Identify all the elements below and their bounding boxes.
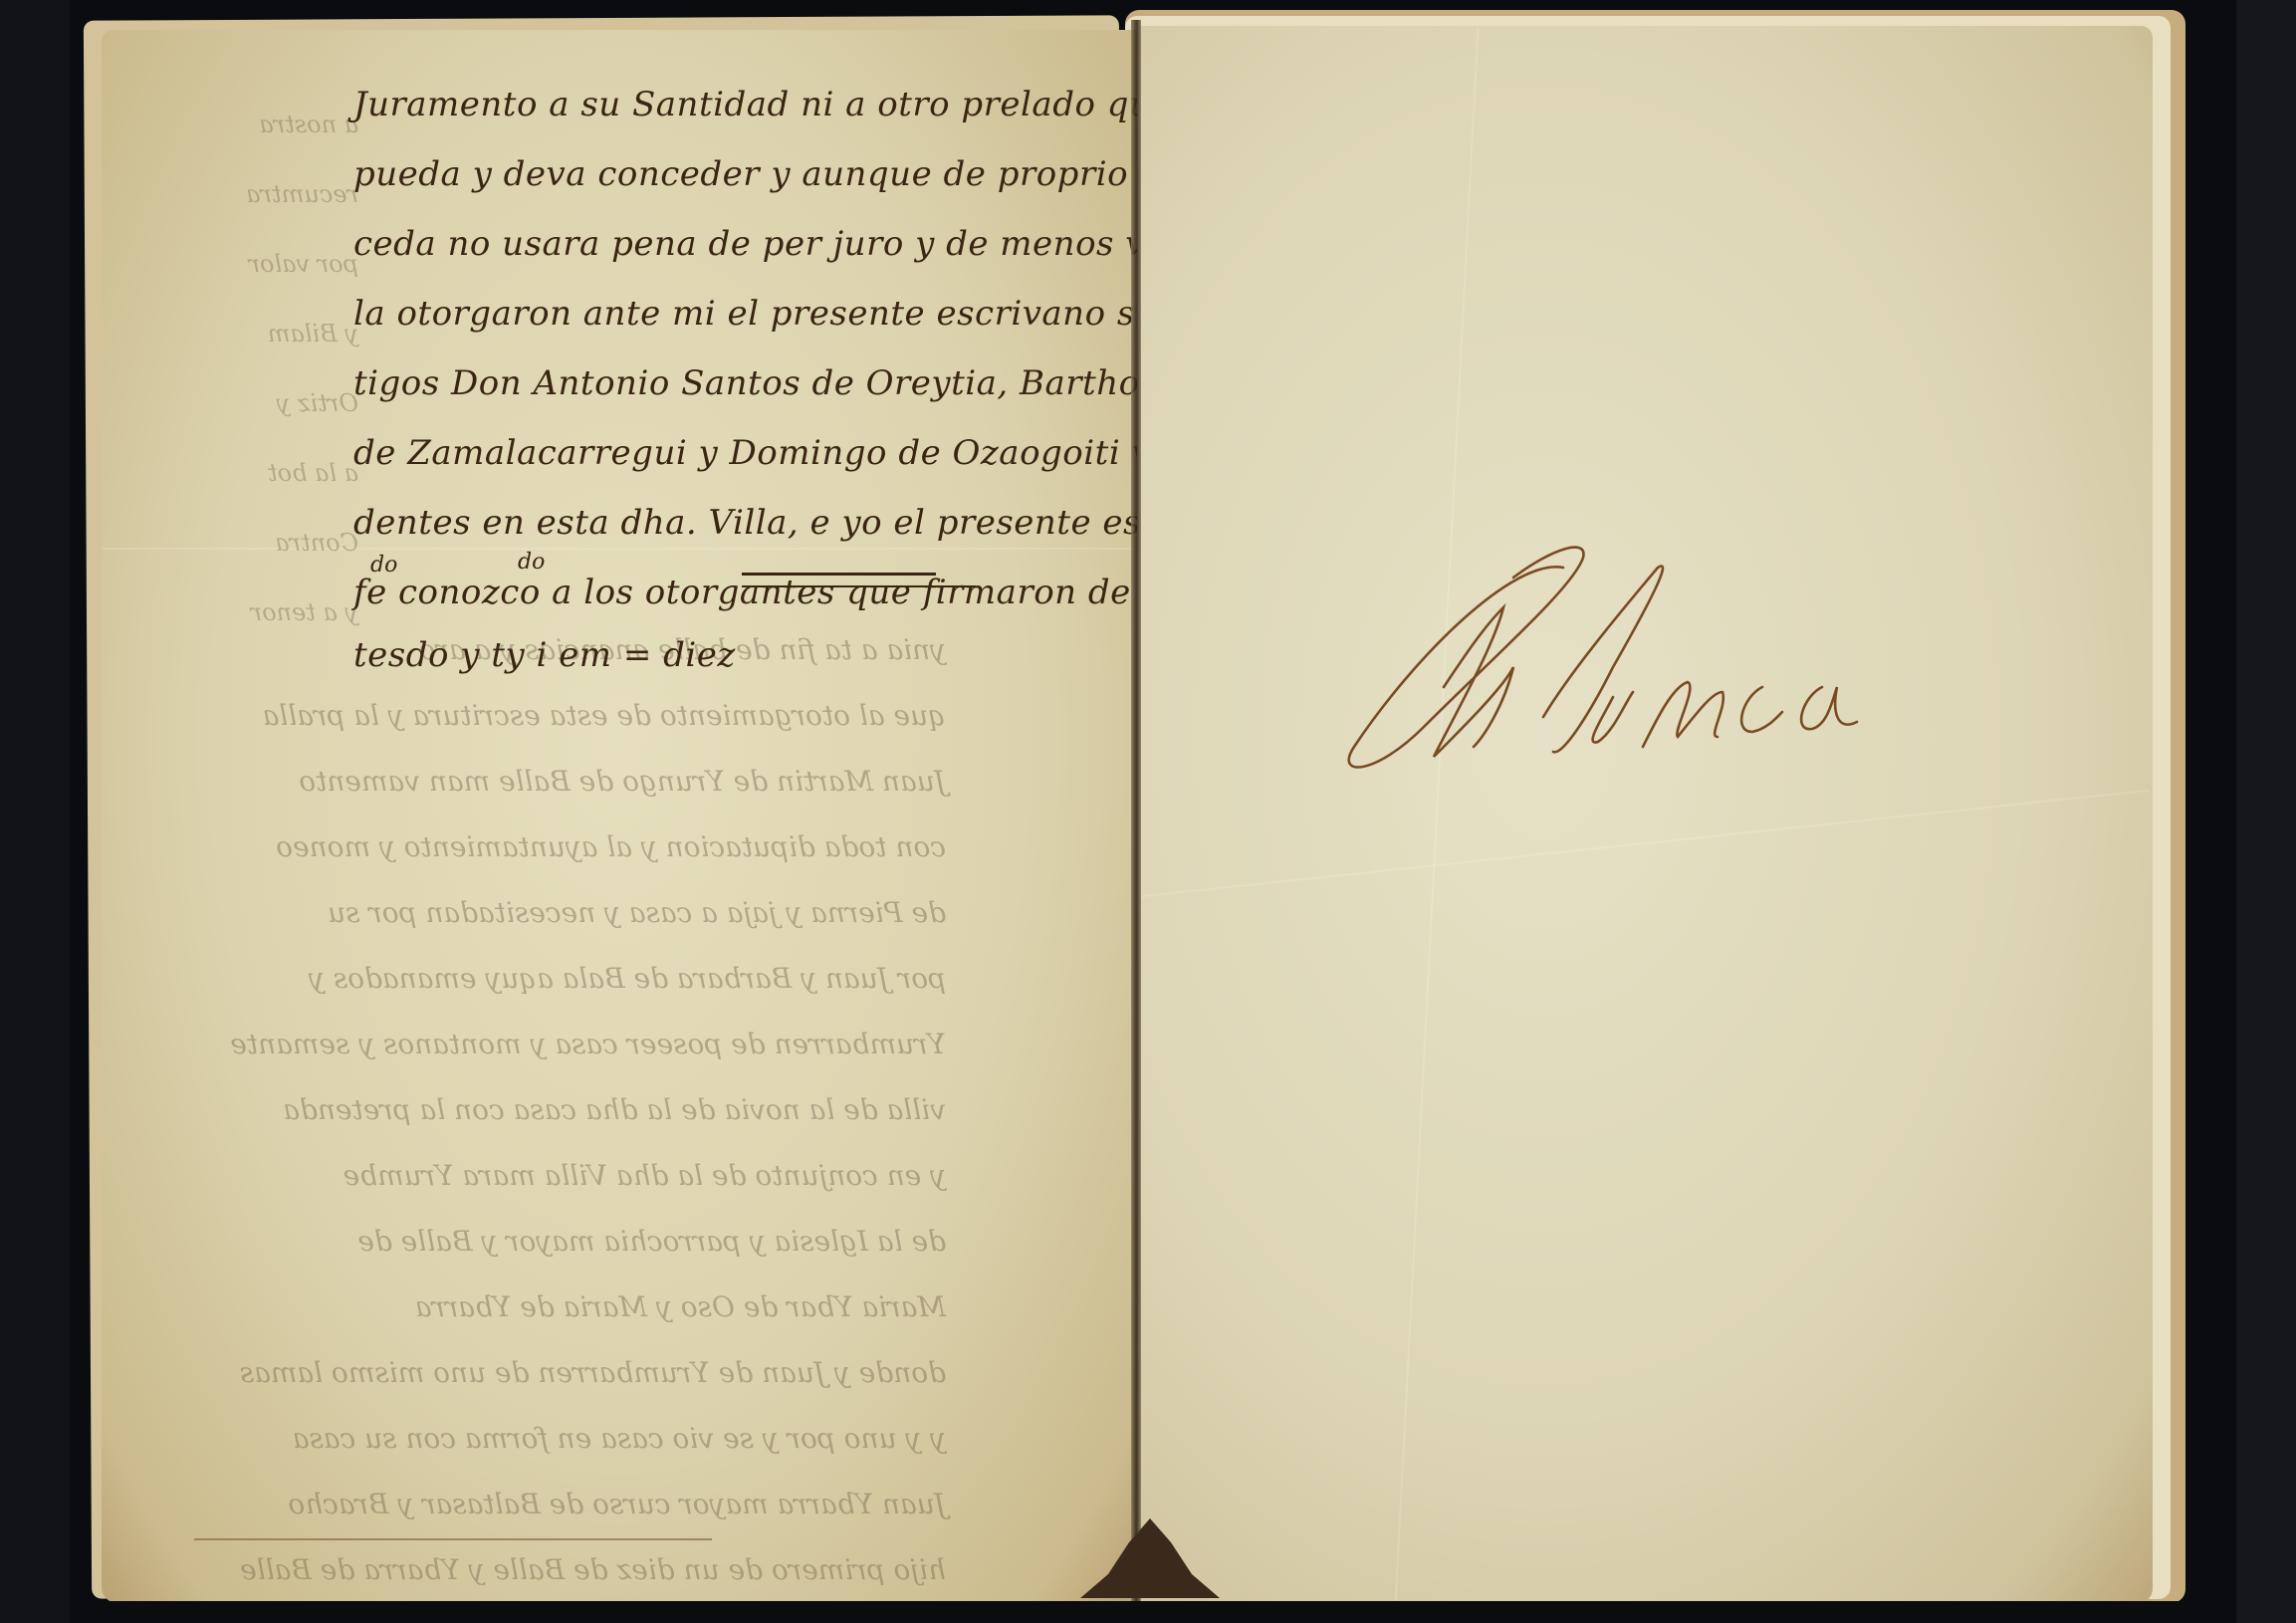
bleed-line: Juan Ybarra mayor curso de Baltasar y Br… bbox=[169, 1472, 946, 1537]
bleed-line: Contra bbox=[159, 508, 358, 578]
bleed-line: a nostra bbox=[159, 90, 358, 159]
signature: Olano bbox=[1314, 518, 1932, 777]
bleed-line: que al otorgamiento de esta escritura y … bbox=[169, 683, 946, 749]
manuscript-line: ceda no usara pena de per juro y de meno… bbox=[353, 209, 1140, 279]
bleed-line: de la Iglesia y parrochia mayor y Balle … bbox=[169, 1209, 946, 1275]
bleed-line: por Juan y Barbara de Bala aquy emanados… bbox=[169, 946, 946, 1012]
superscript-annotation: do bbox=[370, 553, 397, 578]
bleed-line: con toda diputacion y al ayuntamiento y … bbox=[169, 814, 946, 880]
bleed-line: villa de la novia de la dha casa con la … bbox=[169, 1077, 946, 1143]
manuscript-line: fe conozco a los otorgantes que firmaron… bbox=[353, 558, 1140, 627]
manuscript-line: Juramento a su Santidad ni a otro prelad… bbox=[353, 70, 1140, 139]
bleed-line: de Pierna y jaja a casa y necesitadan po… bbox=[169, 880, 946, 946]
scan-background-left bbox=[0, 0, 70, 1623]
bleed-line: por valor bbox=[159, 229, 358, 299]
closing-rule bbox=[742, 585, 976, 587]
signature-flourish-icon bbox=[1314, 518, 1932, 777]
bleed-through-text: ynia a ta fin de balle anancias y a aro … bbox=[169, 617, 946, 1603]
manuscript-line: tigos Don Antonio Santos de Oreytia, Bar… bbox=[353, 348, 1140, 418]
bleed-line: donde y Juan de Yrumbarren de uno mismo … bbox=[169, 1340, 946, 1406]
paper-crease bbox=[1395, 27, 1480, 1603]
bleed-line: y y uno por y se vio casa en forma con s… bbox=[169, 1406, 946, 1472]
manuscript-text: Juramento a su Santidad ni a otro prelad… bbox=[353, 70, 1140, 683]
right-page bbox=[1137, 26, 2153, 1604]
manuscript-closing-line: tesdo y ty i em = diez bbox=[353, 627, 1140, 683]
bleed-line: a la bot bbox=[159, 438, 358, 508]
scan-background-right bbox=[2236, 0, 2296, 1623]
closing-rule bbox=[742, 573, 936, 576]
book-gutter bbox=[1131, 20, 1141, 1603]
manuscript-line: dentes en esta dha. Villa, e yo el prese… bbox=[353, 488, 1140, 558]
bottom-rule bbox=[194, 1538, 712, 1540]
scan-background-bottom bbox=[100, 1601, 2190, 1623]
bleed-line: Maria Ybar de Oso y Maria de Ybarra bbox=[169, 1275, 946, 1340]
bleed-line: y en conjunto de la dha Villa mara Yrumb… bbox=[169, 1143, 946, 1209]
superscript-annotation: do bbox=[518, 550, 545, 575]
bleed-line: Ortiz y bbox=[159, 368, 358, 438]
margin-bleed-through: a nostra recumtra por valor y Bilam Orti… bbox=[159, 90, 358, 647]
manuscript-line: pueda y deva conceder y aunque de propri… bbox=[353, 139, 1140, 209]
manuscript-line: de Zamalacarregui y Domingo de Ozaogoiti… bbox=[353, 418, 1140, 488]
bleed-line: Juan Martin de Yrungo de Balle man vamen… bbox=[169, 749, 946, 814]
bleed-line: y Bilam bbox=[159, 299, 358, 368]
bleed-line: Yrumbarren de poseer casa y montanos y s… bbox=[169, 1012, 946, 1077]
manuscript-line: la otorgaron ante mi el presente escriva… bbox=[353, 279, 1140, 348]
bleed-line: recumtra bbox=[159, 159, 358, 229]
signature-text: Olano bbox=[1314, 518, 1317, 519]
bleed-line: hijo primero de un diez de Balle y Ybarr… bbox=[169, 1537, 946, 1603]
paper-crease bbox=[1140, 790, 2151, 898]
